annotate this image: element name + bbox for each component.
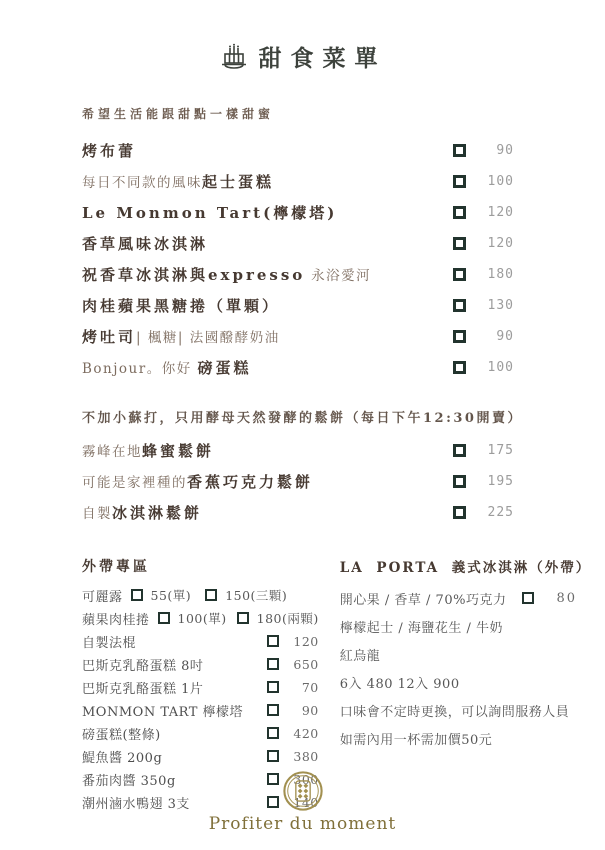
item-name-suffix: 永浴愛河 bbox=[305, 268, 371, 284]
item-name: 肉桂蘋果黑糖捲（單顆） bbox=[82, 297, 280, 315]
takeaway-multi-row: 可麗露 55(單) 150(三顆) bbox=[82, 588, 319, 603]
gelato-pack-pricing: 6入 480 12入 900 bbox=[340, 673, 592, 692]
menu-item-row: 烤布蕾 90 bbox=[82, 142, 514, 160]
page-title: 甜食菜單 bbox=[255, 40, 387, 73]
brand-logo-icon bbox=[282, 770, 324, 812]
gelato-flavor-row: 開心果 / 香草 / 70%巧克力 80 bbox=[340, 589, 592, 608]
item-name-prefix: 霧峰在地 bbox=[82, 444, 142, 460]
dessert-list: 烤布蕾 90 每日不同款的風味起士蛋糕 100 Le Monmon Tart(檸… bbox=[82, 142, 514, 377]
takeaway-row: 磅蛋糕(整條) 420 bbox=[82, 726, 319, 741]
menu-item-row: 香草風味冰淇淋 120 bbox=[82, 235, 514, 253]
item-price: 90 bbox=[474, 329, 514, 344]
dessert-menu-page: 甜食菜單 希望生活能跟甜點一樣甜蜜 烤布蕾 90 每日不同款的風味起士蛋糕 10… bbox=[0, 0, 605, 850]
menu-item-row: 烤吐司| 楓糖| 法國醱酵奶油 90 bbox=[82, 328, 514, 346]
item-name: 磅蛋糕 bbox=[198, 359, 252, 377]
checkbox-icon[interactable] bbox=[158, 612, 170, 624]
brand-name: Profiter du moment bbox=[0, 814, 605, 834]
takeaway-row: 巴斯克乳酪蛋糕 1片 70 bbox=[82, 680, 319, 695]
footer: Profiter du moment bbox=[0, 770, 605, 834]
checkbox-icon[interactable] bbox=[453, 268, 466, 281]
item-name-prefix: 可能是家裡種的 bbox=[82, 475, 187, 491]
item-name: 巴斯克乳酪蛋糕 8吋 bbox=[82, 655, 259, 674]
item-price: 100 bbox=[474, 360, 514, 375]
item-name: 烤吐司 bbox=[82, 328, 136, 346]
checkbox-icon[interactable] bbox=[267, 635, 279, 647]
item-price: 195 bbox=[474, 474, 514, 489]
item-option-price: 180(兩顆) bbox=[257, 609, 319, 627]
menu-header: 甜食菜單 bbox=[0, 40, 605, 75]
takeaway-row: MONMON TART 檸檬塔 90 bbox=[82, 703, 319, 718]
checkbox-icon[interactable] bbox=[453, 444, 466, 457]
gelato-note-1: 口味會不定時更換，可以詢問服務人員 bbox=[340, 701, 592, 720]
checkbox-icon[interactable] bbox=[205, 589, 217, 601]
item-name: 可麗露 bbox=[82, 586, 123, 605]
checkbox-icon[interactable] bbox=[453, 144, 466, 157]
checkbox-icon[interactable] bbox=[237, 612, 249, 624]
gelato-header: LA PORTA 義式冰淇淋（外帶） bbox=[340, 556, 592, 576]
takeaway-row: 巴斯克乳酪蛋糕 8吋 650 bbox=[82, 657, 319, 672]
checkbox-icon[interactable] bbox=[522, 592, 534, 604]
checkbox-icon[interactable] bbox=[453, 237, 466, 250]
cake-icon bbox=[219, 43, 249, 71]
item-price: 120 bbox=[474, 236, 514, 251]
menu-subtitle: 希望生活能跟甜點一樣甜蜜 bbox=[82, 105, 605, 122]
item-name-prefix: 每日不同款的風味 bbox=[82, 175, 202, 191]
item-name: 起士蛋糕 bbox=[202, 173, 274, 191]
item-name-suffix: | 楓糖| 法國醱酵奶油 bbox=[136, 330, 280, 346]
item-price: 70 bbox=[287, 680, 319, 695]
menu-item-row: Bonjour。你好 磅蛋糕 100 bbox=[82, 359, 514, 377]
checkbox-icon[interactable] bbox=[131, 589, 143, 601]
checkbox-icon[interactable] bbox=[453, 175, 466, 188]
checkbox-icon[interactable] bbox=[453, 475, 466, 488]
item-name: 香蕉巧克力鬆餅 bbox=[187, 473, 313, 491]
item-name-prefix: Bonjour。你好 bbox=[82, 361, 198, 377]
takeaway-row: 鯷魚醬 200g 380 bbox=[82, 749, 319, 764]
item-name: 香草風味冰淇淋 bbox=[82, 235, 208, 253]
item-price: 90 bbox=[287, 703, 319, 718]
takeaway-multi-row: 蘋果肉桂捲 100(單) 180(兩顆) bbox=[82, 611, 319, 626]
menu-item-row: 自製冰淇淋鬆餅 225 bbox=[82, 504, 514, 522]
item-price: 180 bbox=[474, 267, 514, 282]
pancake-section-header: 不加小蘇打，只用酵母天然發酵的鬆餅（每日下午12:30開賣） bbox=[82, 407, 605, 426]
item-name: 烤布蕾 bbox=[82, 142, 136, 160]
item-price: 100 bbox=[474, 174, 514, 189]
takeaway-row: 自製法棍 120 bbox=[82, 634, 319, 649]
item-name: 鯷魚醬 200g bbox=[82, 747, 259, 766]
gelato-price: 80 bbox=[556, 591, 577, 606]
gelato-flavors-2: 檸檬起士 / 海鹽花生 / 牛奶 bbox=[340, 617, 592, 636]
item-name: 自製法棍 bbox=[82, 632, 259, 651]
item-price: 225 bbox=[474, 505, 514, 520]
item-name-prefix: 自製 bbox=[82, 506, 112, 522]
checkbox-icon[interactable] bbox=[453, 206, 466, 219]
item-price: 650 bbox=[287, 657, 319, 672]
item-price: 130 bbox=[474, 298, 514, 313]
item-price: 420 bbox=[287, 726, 319, 741]
item-price: 120 bbox=[287, 634, 319, 649]
gelato-flavors-3: 紅烏龍 bbox=[340, 645, 592, 664]
checkbox-icon[interactable] bbox=[267, 658, 279, 670]
item-price: 120 bbox=[474, 205, 514, 220]
item-option-price: 100(單) bbox=[178, 609, 227, 627]
menu-item-row: 肉桂蘋果黑糖捲（單顆） 130 bbox=[82, 297, 514, 315]
checkbox-icon[interactable] bbox=[267, 727, 279, 739]
item-name: MONMON TART 檸檬塔 bbox=[82, 701, 259, 720]
item-name: 蜂蜜鬆餅 bbox=[142, 442, 214, 460]
pancake-list: 霧峰在地蜂蜜鬆餅 175 可能是家裡種的香蕉巧克力鬆餅 195 自製冰淇淋鬆餅 … bbox=[82, 442, 514, 522]
item-name: 蘋果肉桂捲 bbox=[82, 609, 150, 628]
item-option-price: 150(三顆) bbox=[225, 586, 287, 604]
checkbox-icon[interactable] bbox=[453, 299, 466, 312]
menu-item-row: Le Monmon Tart(檸檬塔) 120 bbox=[82, 204, 514, 222]
checkbox-icon[interactable] bbox=[453, 330, 466, 343]
item-name: 冰淇淋鬆餅 bbox=[112, 504, 202, 522]
menu-item-row: 祝香草冰淇淋與expresso 永浴愛河 180 bbox=[82, 266, 514, 284]
checkbox-icon[interactable] bbox=[267, 750, 279, 762]
takeaway-header: 外帶專區 bbox=[82, 556, 319, 576]
gelato-flavors-1: 開心果 / 香草 / 70%巧克力 bbox=[340, 589, 507, 608]
menu-item-row: 可能是家裡種的香蕉巧克力鬆餅 195 bbox=[82, 473, 514, 491]
gelato-note-2: 如需內用一杯需加價50元 bbox=[340, 729, 592, 748]
menu-item-row: 霧峰在地蜂蜜鬆餅 175 bbox=[82, 442, 514, 460]
menu-item-row: 每日不同款的風味起士蛋糕 100 bbox=[82, 173, 514, 191]
item-name: 祝香草冰淇淋與expresso bbox=[82, 266, 305, 284]
checkbox-icon[interactable] bbox=[267, 681, 279, 693]
item-name: 巴斯克乳酪蛋糕 1片 bbox=[82, 678, 259, 697]
checkbox-icon[interactable] bbox=[267, 704, 279, 716]
checkbox-icon[interactable] bbox=[453, 506, 466, 519]
item-name: 磅蛋糕(整條) bbox=[82, 724, 259, 743]
item-option-price: 55(單) bbox=[151, 586, 192, 604]
item-price: 380 bbox=[287, 749, 319, 764]
item-name: Le Monmon Tart(檸檬塔) bbox=[82, 204, 337, 222]
item-price: 90 bbox=[474, 143, 514, 158]
item-price: 175 bbox=[474, 443, 514, 458]
checkbox-icon[interactable] bbox=[453, 361, 466, 374]
